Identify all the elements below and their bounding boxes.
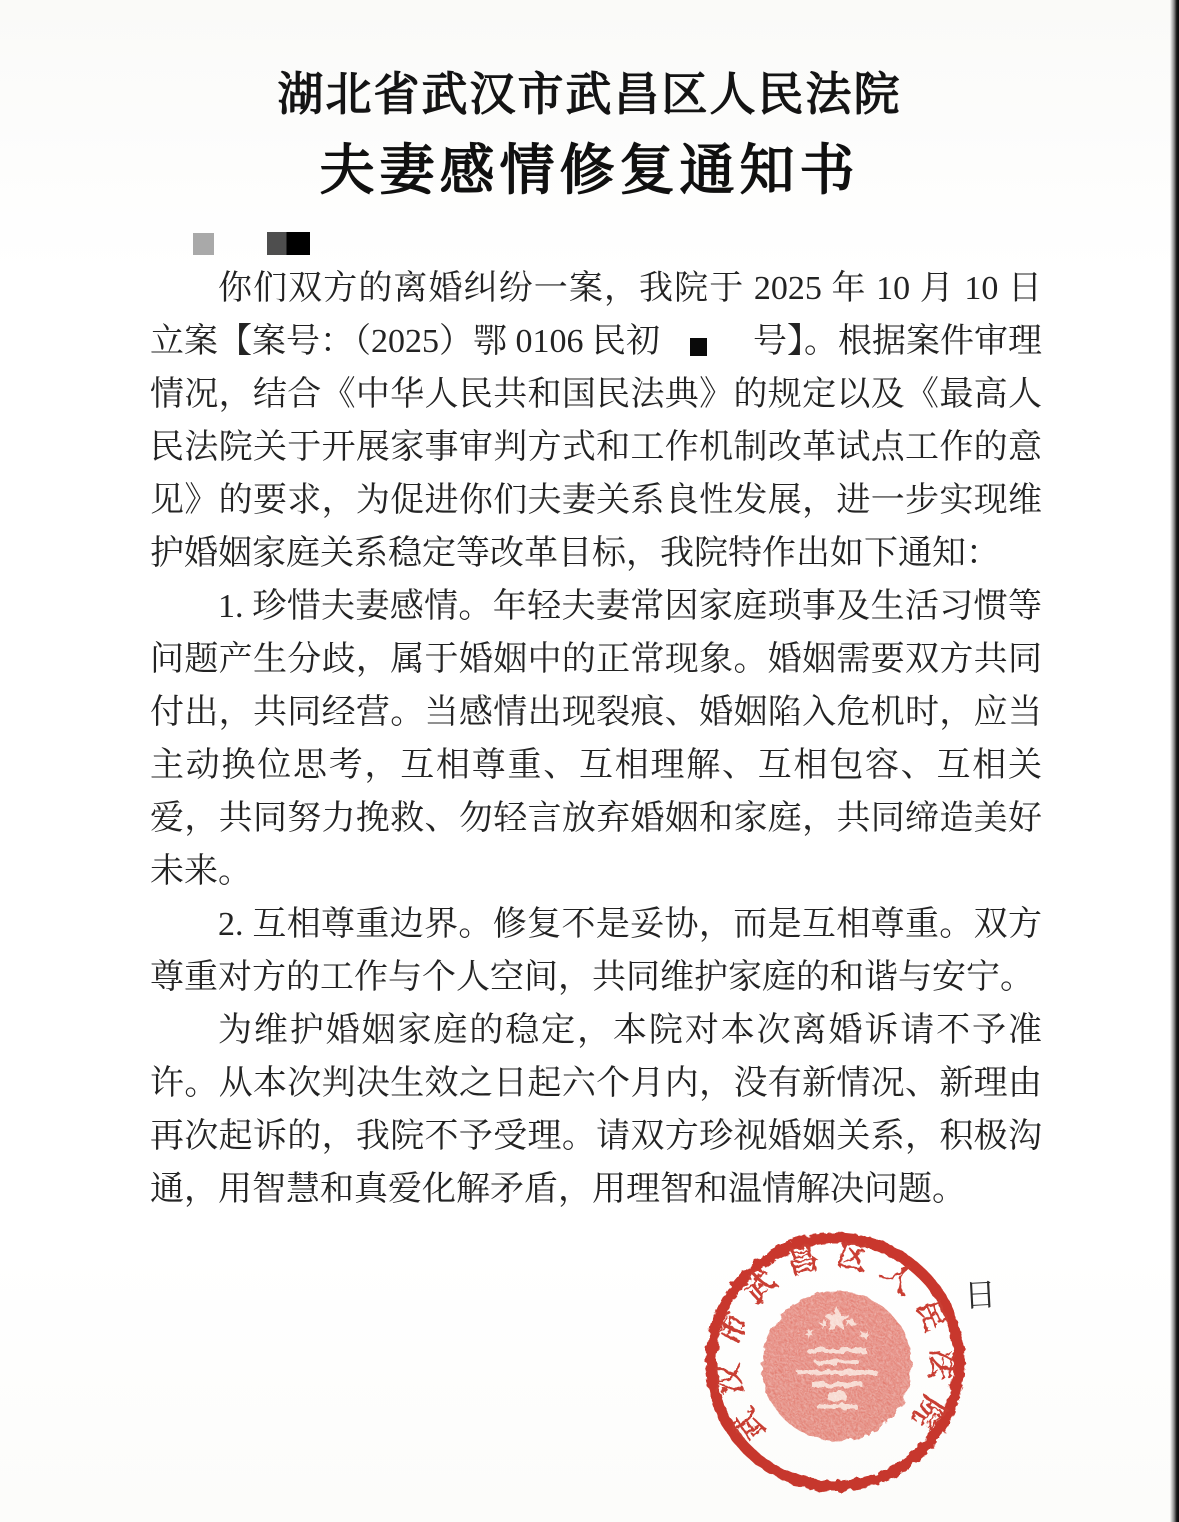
court-notice-document: 湖北省武汉市武昌区人民法院 夫妻感情修复通知书 你们双方的离婚纠纷一案，我院于 … bbox=[0, 0, 1179, 1522]
document-title: 夫妻感情修复通知书 bbox=[0, 126, 1179, 205]
intro-text-after-case-number: 号】。根据案件审理情况，结合《中华人民共和国民法典》的规定以及《最高人民法院关于… bbox=[150, 323, 1042, 572]
notice-item-2: 2. 互相尊重边界。修复不是妥协，而是互相尊重。双方尊重对方的工作与个人空间，共… bbox=[150, 898, 1042, 1004]
court-seal: 武汉市武昌区人民法院 bbox=[694, 1221, 976, 1503]
case-number-redaction-block bbox=[690, 338, 707, 356]
party-names-row bbox=[150, 210, 1042, 262]
date-day-character: 日 bbox=[963, 1269, 997, 1317]
closing-paragraph: 为维护婚姻家庭的稳定，本院对本次离婚诉请不予准许。从本次判决生效之日起六个月内，… bbox=[150, 1004, 1042, 1216]
notice-item-1: 1. 珍惜夫妻感情。年轻夫妻常因家庭琐事及生活习惯等问题产生分歧，属于婚姻中的正… bbox=[150, 580, 1042, 898]
document-body: 你们双方的离婚纠纷一案，我院于 2025 年 10 月 10 日立案【案号：（2… bbox=[150, 210, 1042, 1216]
redaction-block-2 bbox=[267, 232, 310, 255]
photo-edge-shadow bbox=[1170, 0, 1179, 1522]
national-emblem bbox=[762, 1291, 912, 1441]
intro-paragraph: 你们双方的离婚纠纷一案，我院于 2025 年 10 月 10 日立案【案号：（2… bbox=[150, 262, 1042, 580]
redaction-block-1 bbox=[193, 233, 214, 255]
court-name-heading: 湖北省武汉市武昌区人民法院 bbox=[0, 58, 1179, 124]
